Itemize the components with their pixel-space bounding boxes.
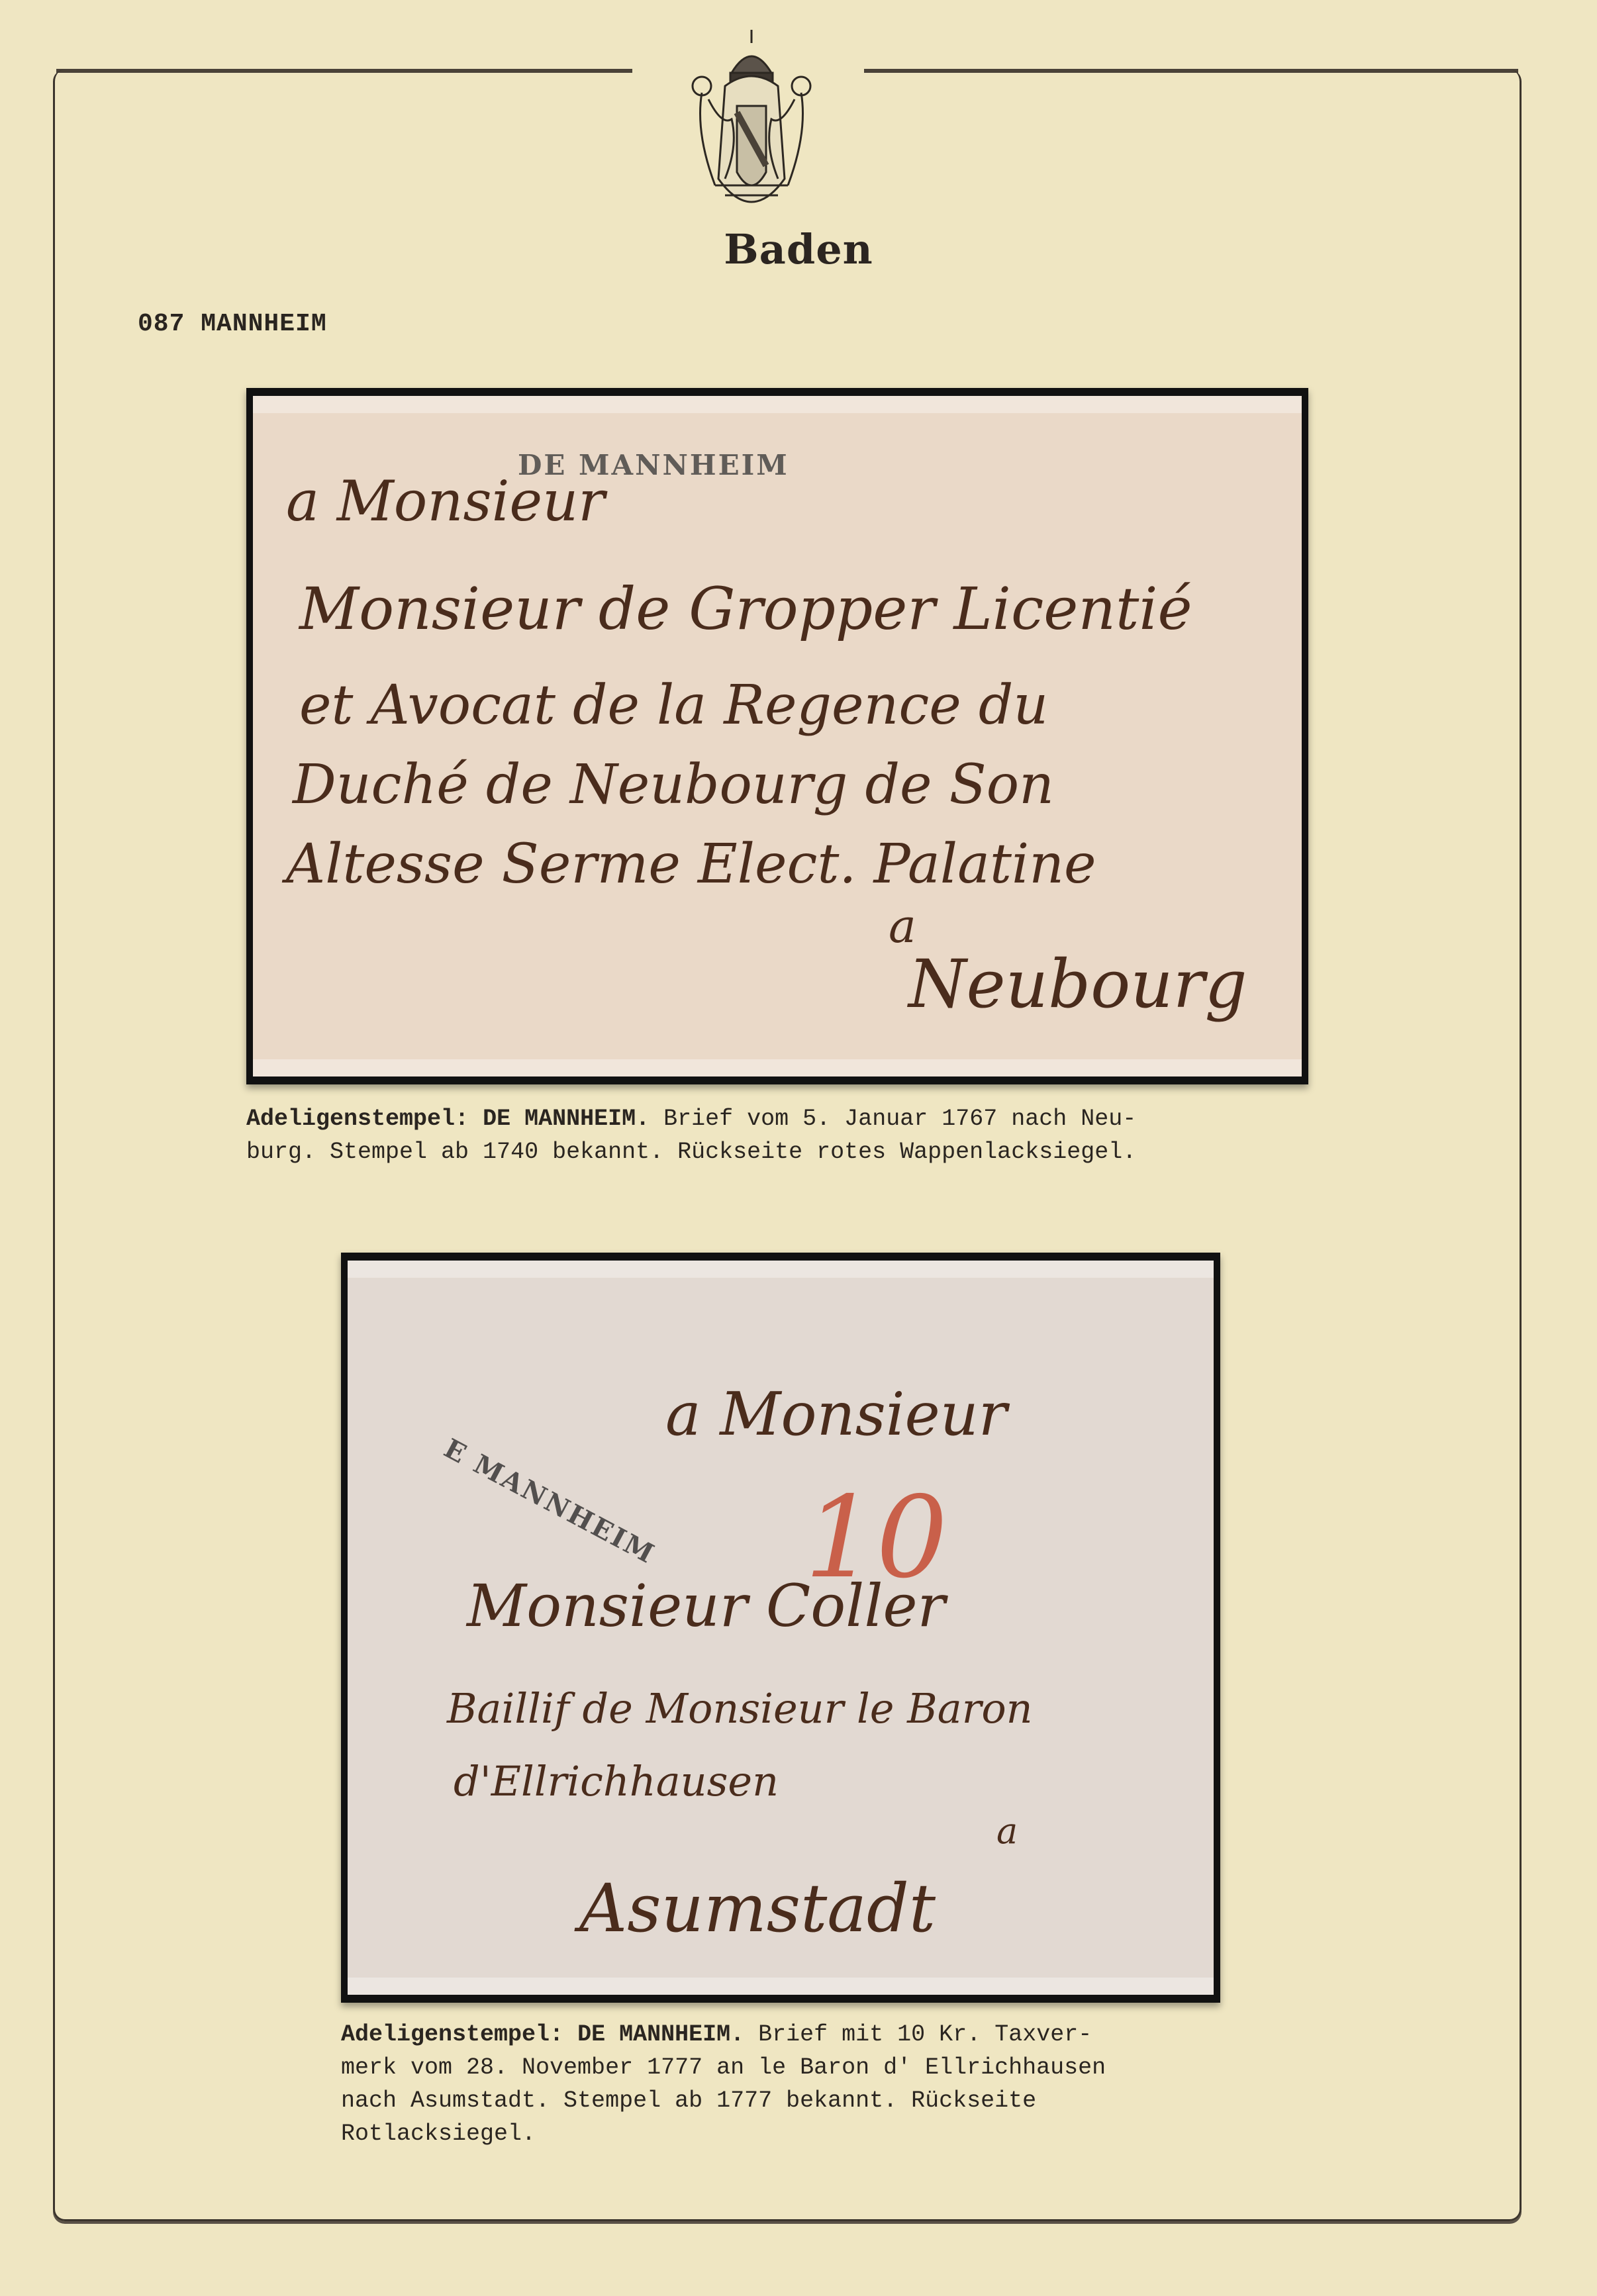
caption-text: merk vom 28. November 1777 an le Baron d… — [341, 2051, 1106, 2084]
mount-sleeve — [253, 1059, 1302, 1076]
caption-label: Adeligenstempel: — [341, 2021, 563, 2048]
mount-sleeve — [253, 396, 1302, 413]
letter-1-address-line: a Monsieur — [286, 469, 605, 534]
letter-1-address-line: Duché de Neubourg de Son — [293, 753, 1054, 816]
letter-1-address-line: Monsieur de Gropper Licentié — [299, 575, 1192, 643]
letter-1-address-line: Altesse Serme Elect. Palatine — [286, 833, 1096, 896]
baden-coat-of-arms-icon — [652, 26, 851, 225]
letter-2-cover: E MANNHEIM 10 a Monsieur Monsieur Coller… — [341, 1253, 1220, 2003]
caption-text: nach Asumstadt. Stempel ab 1777 bekannt.… — [341, 2084, 1106, 2117]
letter-2-address-line: a Monsieur — [665, 1380, 1007, 1449]
letter-2-caption: Adeligenstempel: DE MANNHEIM. Brief mit … — [341, 2018, 1106, 2150]
letter-2-address-line: Baillif de Monsieur le Baron — [447, 1684, 1033, 1733]
letter-2-address-line: d'Ellrichhausen — [454, 1757, 779, 1805]
mount-sleeve — [348, 1261, 1214, 1278]
mount-sleeve — [348, 1978, 1214, 1995]
section-heading: 087 MANNHEIM — [138, 310, 327, 338]
letter-1-address-line: et Avocat de la Regence du — [299, 674, 1048, 737]
caption-text: Brief vom 5. Januar 1767 nach Neu- — [663, 1106, 1136, 1132]
caption-stamp-name: DE MANNHEIM. — [577, 2021, 744, 2048]
caption-text: Brief mit 10 Kr. Taxver- — [758, 2021, 1092, 2048]
letter-1-address-line: Neubourg — [908, 945, 1247, 1023]
page-title: Baden — [0, 225, 1597, 273]
caption-text: burg. Stempel ab 1740 bekannt. Rückseite… — [246, 1135, 1136, 1169]
letter-2-address-line: Monsieur Coller — [467, 1572, 945, 1640]
letter-2-address-line: a — [996, 1810, 1018, 1852]
caption-stamp-name: DE MANNHEIM. — [483, 1106, 650, 1132]
letter-1-cover: DE MANNHEIM a Monsieur Monsieur de Gropp… — [246, 388, 1308, 1084]
letter-2-address-line: Asumstadt — [579, 1870, 936, 1947]
caption-text: Rotlacksiegel. — [341, 2117, 1106, 2150]
caption-label: Adeligenstempel: — [246, 1106, 469, 1132]
letter-2-paper: E MANNHEIM 10 a Monsieur Monsieur Coller… — [348, 1261, 1214, 1995]
letter-1-caption: Adeligenstempel: DE MANNHEIM. Brief vom … — [246, 1102, 1136, 1169]
letter-1-paper: DE MANNHEIM a Monsieur Monsieur de Gropp… — [253, 396, 1302, 1076]
letter-2-postmark: E MANNHEIM — [439, 1433, 661, 1570]
